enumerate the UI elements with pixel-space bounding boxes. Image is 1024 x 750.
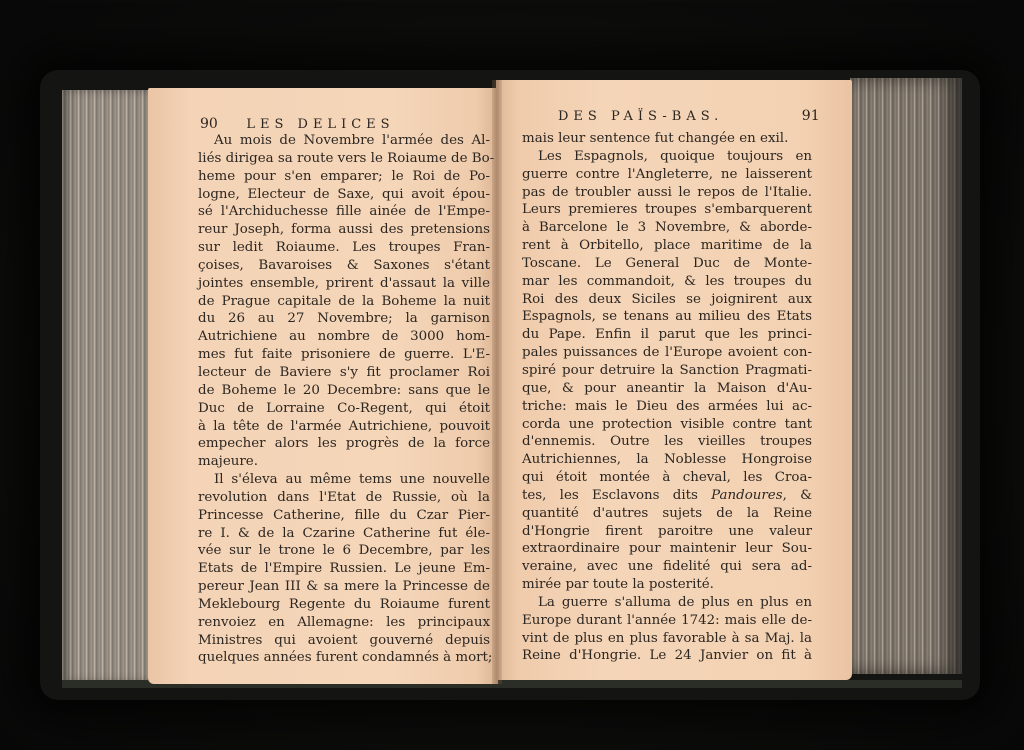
running-title: DES PAÏS-BAS. [558, 109, 723, 124]
book-gutter [492, 80, 502, 684]
right-page: DES PAÏS-BAS. 91 mais leur sentence fut … [496, 80, 852, 680]
text-line: mar les commandoit, & les troupes du [522, 273, 812, 291]
text-line: reur Joseph, forma aussi des pretensions [198, 221, 490, 239]
right-running-head: DES PAÏS-BAS. 91 [558, 108, 820, 124]
text-line: rent à Orbitello, place maritime de la [522, 237, 812, 255]
text-line: lecteur de Baviere s'y fit proclamer Roi [198, 364, 490, 382]
text-line: Reine d'Hongrie. Le 24 Janvier on fit à [522, 647, 812, 665]
left-text-block: Au mois de Novembre l'armée des Al-liés … [198, 132, 490, 667]
text-line: pas de troubler aussi le repos de l'Ital… [522, 184, 812, 202]
text-line: empecher alors les progrès de la force [198, 435, 490, 453]
text-line: Etats de l'Empire Russien. Le jeune Em- [198, 560, 490, 578]
text-line: guerre contre l'Angleterre, ne laisseren… [522, 166, 812, 184]
text-line: Meklebourg Regente du Roiaume furent [198, 596, 490, 614]
text-line: jointes ensemble, prirent d'assaut la vi… [198, 275, 490, 293]
text-line: spiré pour detruire la Sanction Pragmati… [522, 362, 812, 380]
text-line: Autrichiene au nombre de 3000 hom- [198, 328, 490, 346]
text-line: mirée par toute la posterité. [522, 576, 812, 594]
text-line: quantité d'autres sujets de la Reine [522, 505, 812, 523]
text-line: corda une protection visible contre tant [522, 416, 812, 434]
text-line: Duc de Lorraine Co-Regent, qui étoit [198, 400, 490, 418]
text-line: Les Espagnols, quoique toujours en [522, 148, 812, 166]
text-line: vint de plus en plus favorable à sa Maj.… [522, 630, 812, 648]
text-line: mais leur sentence fut changée en exil. [522, 130, 812, 148]
page-number: 91 [802, 108, 820, 124]
text-line: du Pape. Enfin il parut que les princi- [522, 326, 812, 344]
text-line: Ministres qui avoient gouverné depuis [198, 632, 490, 650]
text-line: que, & pour aneantir la Maison d'Au- [522, 380, 812, 398]
text-line: Princesse Catherine, fille du Czar Pier- [198, 507, 490, 525]
left-page: 90 LES DELICES Au mois de Novembre l'arm… [148, 88, 498, 684]
text-line: Europe durant l'année 1742: mais elle de… [522, 612, 812, 630]
text-line: çoises, Bavaroises & Saxones s'étant [198, 257, 490, 275]
text-line: qui étoit montée à cheval, les Croa- [522, 469, 812, 487]
text-line: sur ledit Roiaume. Les troupes Fran- [198, 239, 490, 257]
text-line: Roi des deux Siciles se joignirent aux [522, 291, 812, 309]
text-line: extraordinaire pour maintenir leur Sou- [522, 540, 812, 558]
text-line: re I. & de la Czarine Catherine fut éle- [198, 525, 490, 543]
text-line: liés dirigea sa route vers le Roiaume de… [198, 150, 490, 168]
text-line: Toscane. Le General Duc de Monte- [522, 255, 812, 273]
text-line: pereur Jean III & sa mere la Princesse d… [198, 578, 490, 596]
text-line: Au mois de Novembre l'armée des Al- [198, 132, 490, 150]
text-line: d'ennemis. Outre les vieilles troupes [522, 433, 812, 451]
text-line: Il s'éleva au même tems une nouvelle [198, 471, 490, 489]
text-line: triche: mais le Dieu des armées lui ac- [522, 398, 812, 416]
left-running-head: 90 LES DELICES [200, 116, 395, 132]
text-line: renvoiez en Allemagne: les principaux [198, 614, 490, 632]
text-line: vée sur le trone le 6 Decembre, par les [198, 542, 490, 560]
text-line: logne, Electeur de Saxe, qui avoit épou- [198, 186, 490, 204]
text-line: à Barcelone le 3 Novembre, & aborde- [522, 219, 812, 237]
page-number: 90 [200, 116, 218, 132]
photo-scene: 90 LES DELICES Au mois de Novembre l'arm… [0, 0, 1024, 750]
text-line: mes fut faite prisoniere de guerre. L'E- [198, 346, 490, 364]
text-line: tes, les Esclavons dits Pandoures, & [522, 487, 812, 505]
left-fore-edge [62, 90, 148, 682]
text-line: La guerre s'alluma de plus en plus en [522, 594, 812, 612]
text-line: Espagnols, se tenans au milieu des Etats [522, 308, 812, 326]
text-line: de Boheme le 20 Decembre: sans que le [198, 382, 490, 400]
text-line: quelques années furent condamnés à mort; [198, 649, 490, 667]
text-line: revolution dans l'Etat de Russie, où la [198, 489, 490, 507]
text-line: à la tête de l'armée Autrichiene, pouvoi… [198, 418, 490, 436]
text-line: Leurs premieres troupes s'embarquerent [522, 201, 812, 219]
text-line: heme pour s'en emparer; le Roi de Po- [198, 168, 490, 186]
text-line: de Prague capitale de la Boheme la nuit [198, 293, 490, 311]
text-line: veraine, avec une fidelité qui sera ad- [522, 558, 812, 576]
running-title: LES DELICES [246, 117, 394, 132]
right-text-block: mais leur sentence fut changée en exil.L… [522, 130, 812, 665]
text-line: d'Hongrie firent paroitre une valeur [522, 523, 812, 541]
text-line: du 26 au 27 Novembre; la garnison [198, 310, 490, 328]
text-line: sé l'Archiduchesse fille ainée de l'Empe… [198, 203, 490, 221]
italic-term: Pandoures [698, 488, 783, 503]
right-fore-edge [850, 78, 962, 674]
text-line: Autrichiennes, la Noblesse Hongroise [522, 451, 812, 469]
text-line: pales puissances de l'Europe avoient con… [522, 344, 812, 362]
text-line: majeure. [198, 453, 490, 471]
